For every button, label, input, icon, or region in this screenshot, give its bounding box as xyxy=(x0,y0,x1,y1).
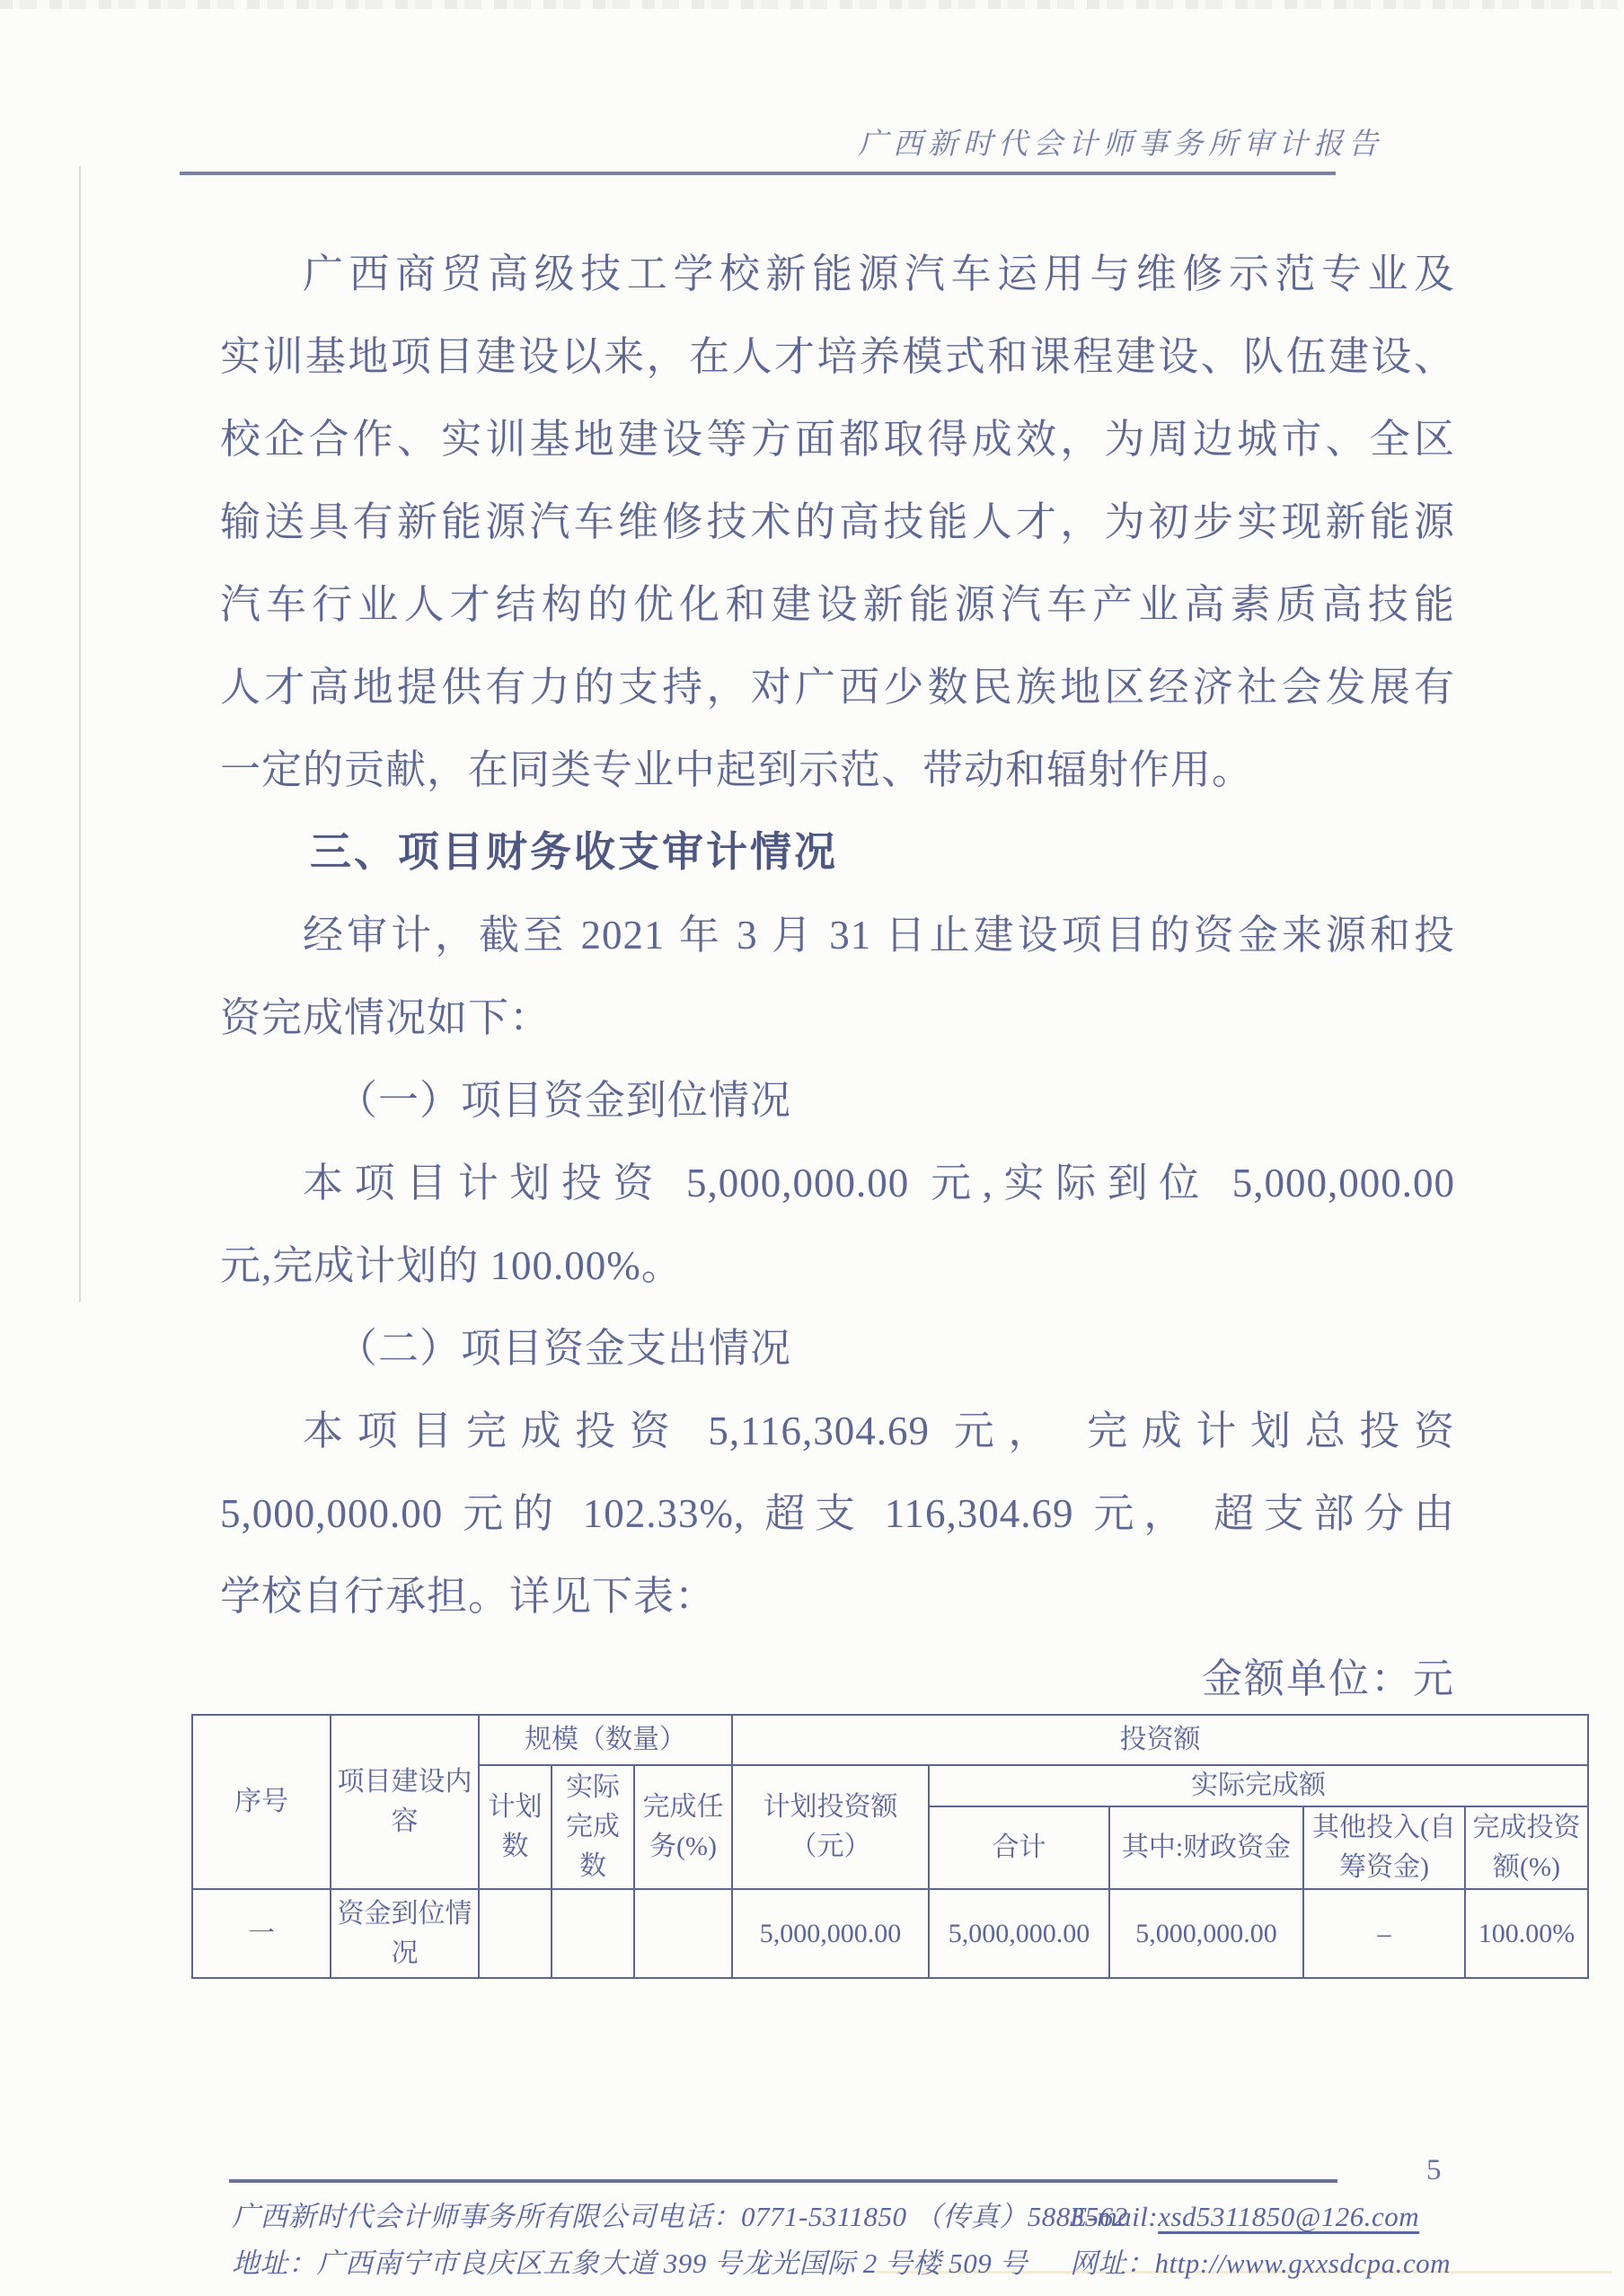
paragraph-line: 校企合作、实训基地建设等方面都取得成效，为周边城市、全区 xyxy=(220,398,1455,481)
paragraph-line: 资完成情况如下： xyxy=(220,976,1455,1059)
footer-left-column: 广西新时代会计师事务所有限公司电话：0771-5311850 （传真）58835… xyxy=(232,2194,1067,2287)
cell-content: 资金到位情况 xyxy=(331,1889,479,1978)
th-fiscal: 其中:财政资金 xyxy=(1109,1806,1303,1889)
th-invest-group: 投资额 xyxy=(732,1715,1588,1765)
paragraph-line: 元,完成计划的 100.00%。 xyxy=(220,1224,1455,1307)
footer-right-column: E-mail:xsd5311850@126.com 网址：http://www.… xyxy=(1070,2194,1573,2287)
th-actual-group: 实际完成额 xyxy=(929,1765,1588,1806)
th-plan-invest: 计划投资额（元） xyxy=(732,1765,929,1889)
th-task-pct: 完成任务(%) xyxy=(634,1765,732,1889)
cell-plan-invest: 5,000,000.00 xyxy=(732,1889,929,1978)
funds-table: 序号 项目建设内容 规模（数量） 投资额 计划数 实际完成数 完成任务(%) 计… xyxy=(191,1714,1589,1979)
paragraph-line: 5,000,000.00 元的 102.33%, 超支 116,304.69 元… xyxy=(220,1472,1455,1555)
paragraph-line: 汽车行业人才结构的优化和建设新能源汽车产业高素质高技能 xyxy=(220,563,1455,646)
scan-artifact-top-edge xyxy=(0,0,1624,9)
email-value: xsd5311850@126.com xyxy=(1158,2201,1419,2232)
th-total: 合计 xyxy=(929,1806,1109,1889)
cell-other: – xyxy=(1303,1889,1465,1978)
scanned-audit-report-page: { "header": { "title": "广西新时代会计师事务所审计报告"… xyxy=(0,0,1624,2296)
th-invest-pct: 完成投资额(%) xyxy=(1465,1806,1588,1889)
paragraph-line: 学校自行承担。详见下表： xyxy=(220,1555,1455,1638)
th-content: 项目建设内容 xyxy=(331,1715,479,1889)
header-divider-line xyxy=(180,172,1336,175)
scan-artifact-left-edge xyxy=(79,166,81,1303)
footer-company-phone: 广西新时代会计师事务所有限公司电话：0771-5311850 （传真）58835… xyxy=(232,2194,1067,2240)
document-body: 广西商贸高级技工学校新能源汽车运用与维修示范专业及 实训基地项目建设以来，在人才… xyxy=(220,233,1455,1720)
paragraph-line: 本项目完成投资 5,116,304.69 元， 完成计划总投资 xyxy=(220,1390,1455,1472)
paragraph-line: 经审计，截至 2021 年 3 月 31 日止建设项目的资金来源和投 xyxy=(220,894,1455,976)
cell-fiscal: 5,000,000.00 xyxy=(1109,1889,1303,1978)
cell-plan-count xyxy=(479,1889,552,1978)
report-header-title: 广西新时代会计师事务所审计报告 xyxy=(858,120,1336,163)
cell-seq: 一 xyxy=(192,1889,331,1978)
paragraph-line: 输送具有新能源汽车维修技术的高技能人才，为初步实现新能源 xyxy=(220,481,1455,563)
paragraph-line: 人才高地提供有力的支持，对广西少数民族地区经济社会发展有 xyxy=(220,646,1455,729)
subsection-heading-1: （一）项目资金到位情况 xyxy=(220,1059,1455,1142)
footer-address: 地址：广西南宁市良庆区五象大道 399 号龙光国际 2 号楼 509 号 xyxy=(232,2240,1067,2287)
cell-task-pct xyxy=(634,1889,732,1978)
cell-total: 5,000,000.00 xyxy=(929,1889,1109,1978)
th-scale-group: 规模（数量） xyxy=(479,1715,732,1765)
paragraph-line: 一定的贡献，在同类专业中起到示范、带动和辐射作用。 xyxy=(220,729,1455,811)
paragraph-line: 实训基地项目建设以来，在人才培养模式和课程建设、队伍建设、 xyxy=(220,315,1455,398)
paragraph-line: 广西商贸高级技工学校新能源汽车运用与维修示范专业及 xyxy=(220,233,1455,315)
footer-divider-line xyxy=(229,2179,1337,2183)
cell-actual-count xyxy=(552,1889,634,1978)
th-plan-count: 计划数 xyxy=(479,1765,552,1889)
section-heading: 三、项目财务收支审计情况 xyxy=(220,811,1455,894)
subsection-heading-2: （二）项目资金支出情况 xyxy=(220,1307,1455,1390)
th-seq: 序号 xyxy=(192,1715,331,1889)
footer-website: 网址：http://www.gxxsdcpa.com xyxy=(1070,2240,1573,2287)
paragraph-line: 本项目计划投资 5,000,000.00 元,实际到位 5,000,000.00 xyxy=(220,1142,1455,1224)
table-row: 一 资金到位情况 5,000,000.00 5,000,000.00 5,000… xyxy=(192,1889,1588,1978)
th-actual-count: 实际完成数 xyxy=(552,1765,634,1889)
cell-invest-pct: 100.00% xyxy=(1465,1889,1588,1978)
footer-email: E-mail:xsd5311850@126.com xyxy=(1070,2194,1573,2240)
email-label: E-mail: xyxy=(1070,2201,1158,2232)
page-number: 5 xyxy=(1426,2154,1442,2187)
th-other: 其他投入(自筹资金) xyxy=(1303,1806,1465,1889)
amount-unit-note: 金额单位：元 xyxy=(220,1638,1455,1720)
